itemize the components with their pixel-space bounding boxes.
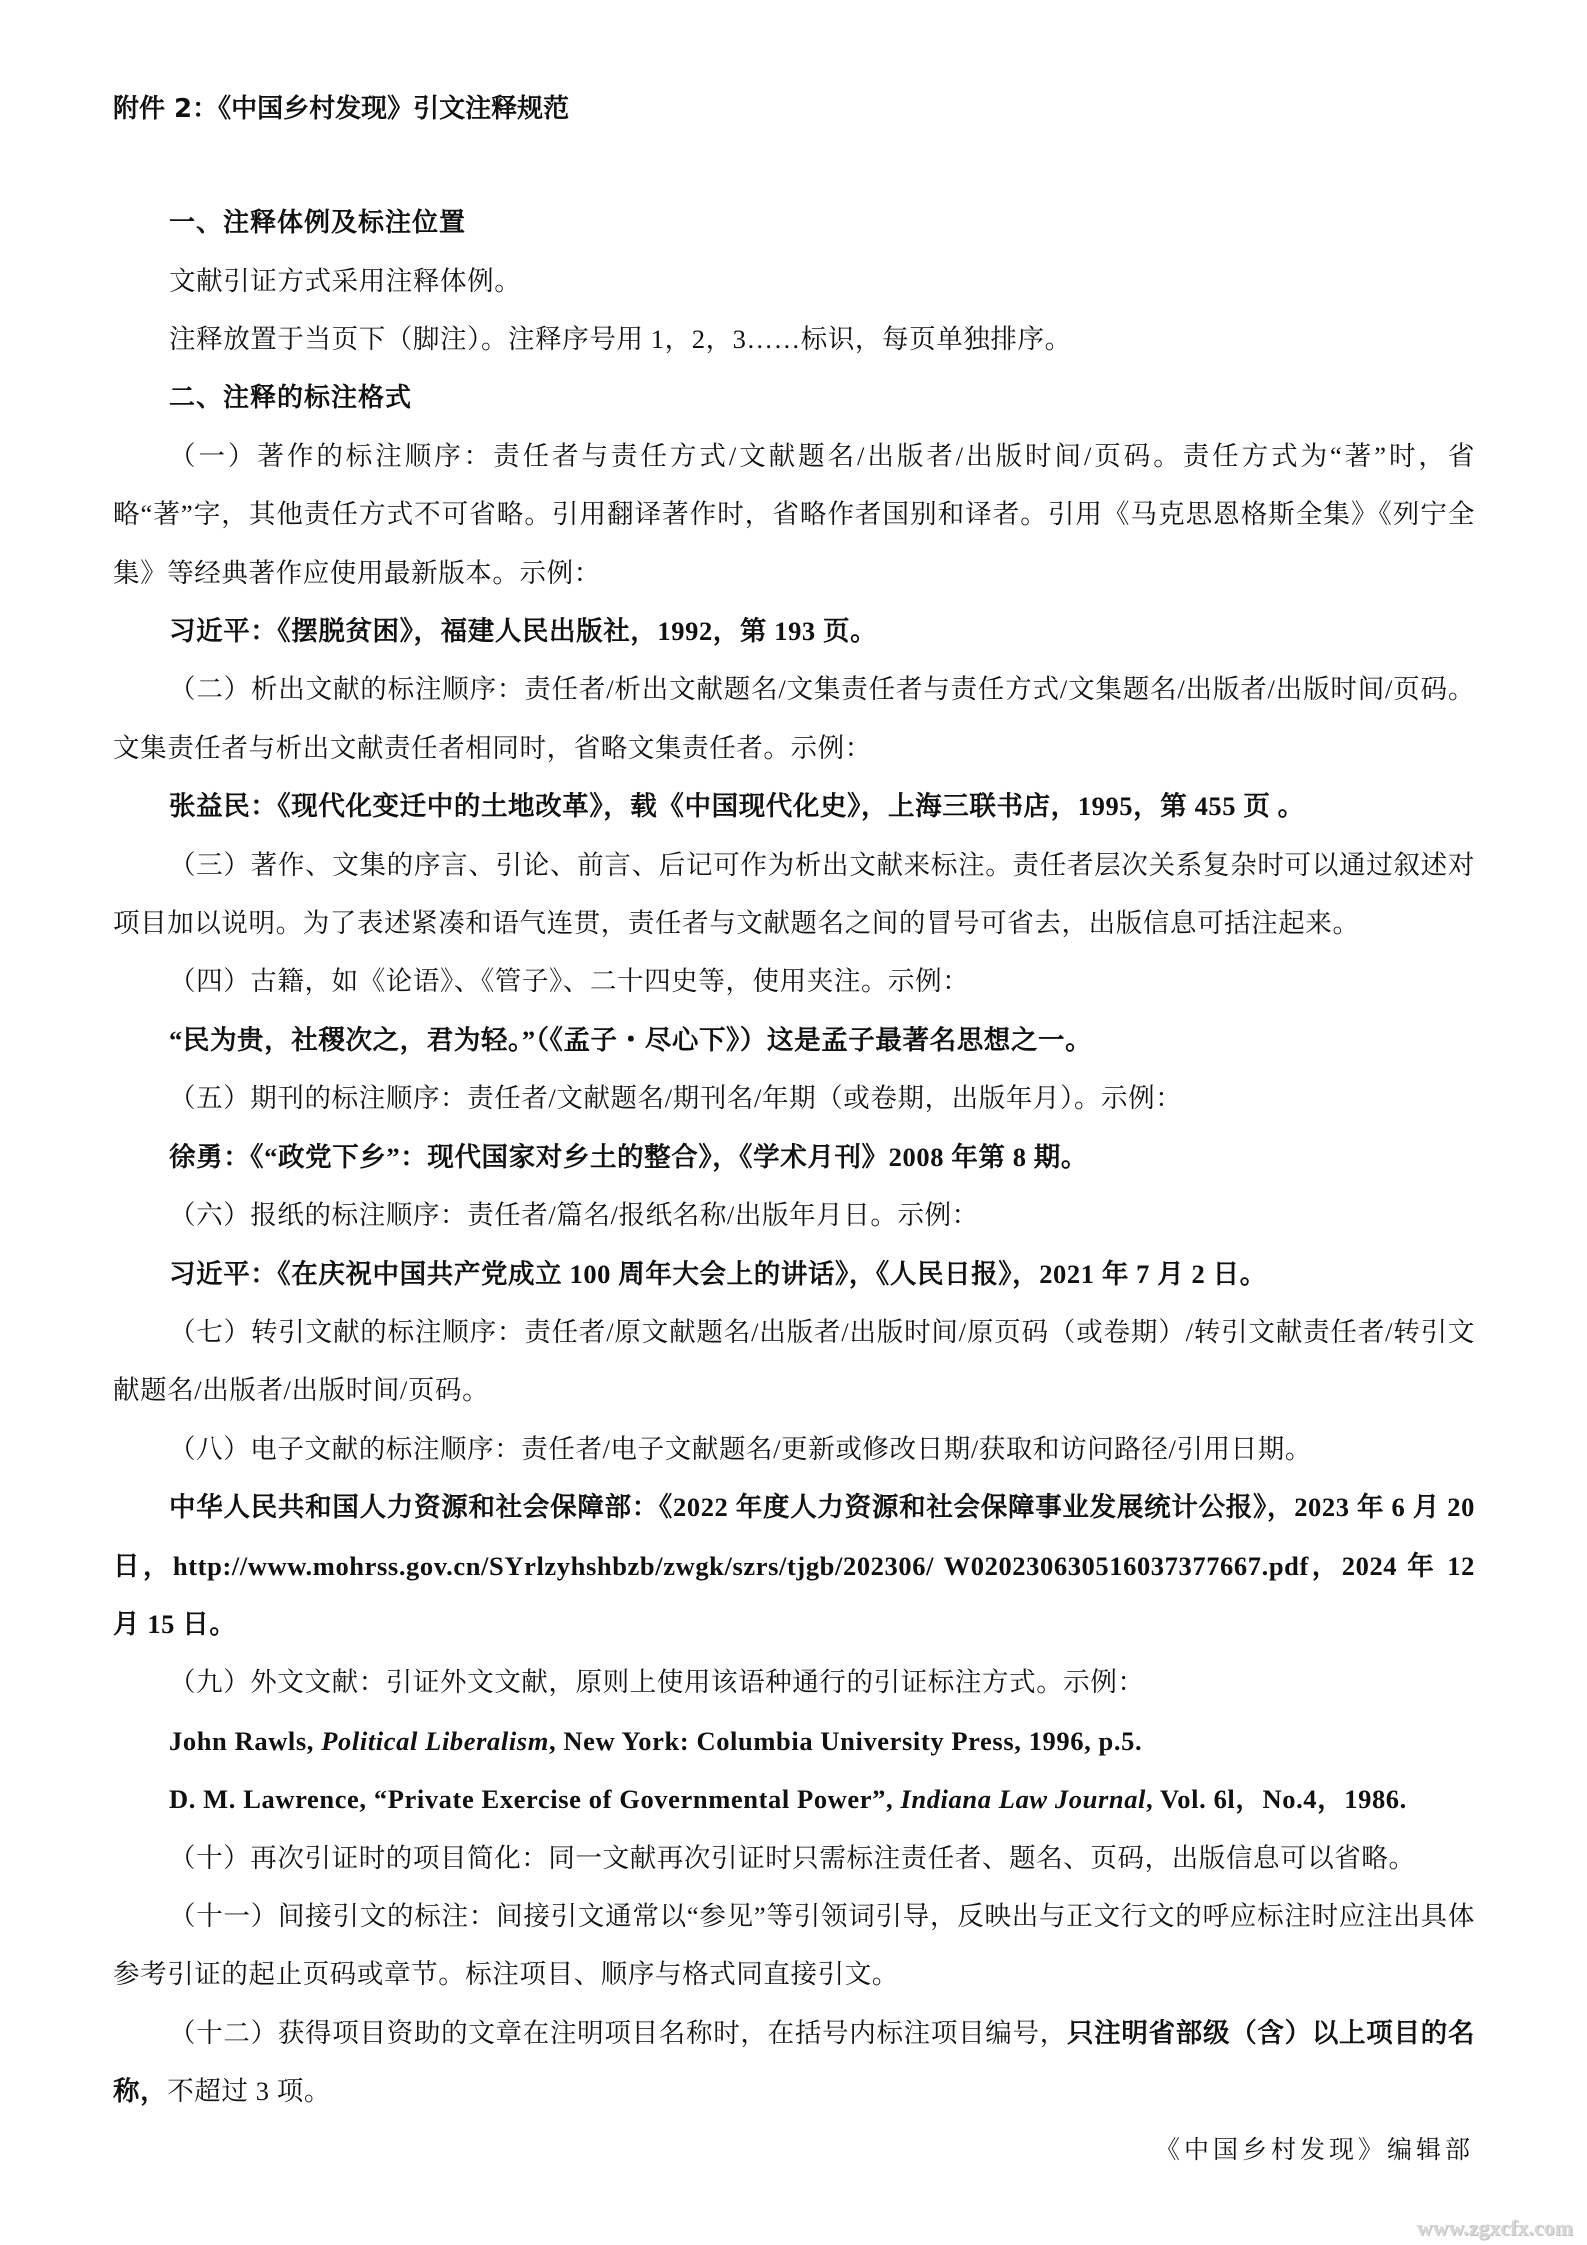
- rule-2-example: 张益民：《现代化变迁中的土地改革》，载《中国现代化史》，上海三联书店，1995，…: [113, 777, 1475, 835]
- rule-9-example-2: D. M. Lawrence, “Private Exercise of Gov…: [113, 1770, 1475, 1828]
- rule-12-tail: 不超过 3 项。: [167, 2076, 331, 2106]
- document-title: 附件 2：《中国乡村发现》引文注释规范: [113, 88, 569, 125]
- rule-3-prefaces: （三）著作、文集的序言、引论、前言、后记可作为析出文献来标注。责任者层次关系复杂…: [113, 836, 1475, 953]
- example-author: John Rawls,: [169, 1726, 321, 1756]
- rule-10-repeat-citation: （十）再次引证时的项目简化：同一文献再次引证时只需标注责任者、题名、页码，出版信…: [113, 1829, 1475, 1887]
- example-book-title: Political Liberalism: [321, 1726, 549, 1756]
- rule-2-analytics: （二）析出文献的标注顺序：责任者/析出文献题名/文集责任者与责任方式/文集题名/…: [113, 660, 1475, 777]
- rule-11-indirect-citation: （十一）间接引文的标注：间接引文通常以“参见”等引领词引导，反映出与正文行文的呼…: [113, 1887, 1475, 2004]
- rule-12-funding: （十二）获得项目资助的文章在注明项目名称时，在括号内标注项目编号，只注明省部级（…: [113, 2004, 1475, 2121]
- example-journal-title: Indiana Law Journal: [900, 1784, 1146, 1814]
- document-body: 一、注释体例及标注位置 文献引证方式采用注释体例。 注释放置于当页下（脚注）。注…: [113, 194, 1475, 2121]
- example-volume: , Vol. 6l，No.4，1986.: [1146, 1784, 1407, 1814]
- watermark: www.zgxcfx.com: [1417, 2215, 1573, 2241]
- rule-5-example: 徐勇：《“政党下乡”：现代国家对乡土的整合》，《学术月刊》2008 年第 8 期…: [113, 1128, 1475, 1186]
- paragraph: 注释放置于当页下（脚注）。注释序号用 1，2，3……标识，每页单独排序。: [113, 310, 1475, 368]
- paragraph: 文献引证方式采用注释体例。: [113, 252, 1475, 310]
- rule-8-electronic: （八）电子文献的标注顺序：责任者/电子文献题名/更新或修改日期/获取和访问路径/…: [113, 1420, 1475, 1478]
- rule-9-example-1: John Rawls, Political Liberalism, New Yo…: [113, 1712, 1475, 1770]
- rule-12-text: （十二）获得项目资助的文章在注明项目名称时，在括号内标注项目编号，: [169, 2018, 1067, 2048]
- rule-9-foreign: （九）外文文献：引证外文文献，原则上使用该语种通行的引证标注方式。示例：: [113, 1653, 1475, 1711]
- section-heading-1: 一、注释体例及标注位置: [113, 194, 1475, 252]
- section-heading-2: 二、注释的标注格式: [113, 369, 1475, 427]
- rule-8-example: 中华人民共和国人力资源和社会保障部：《2022 年度人力资源和社会保障事业发展统…: [113, 1478, 1475, 1653]
- rule-6-example: 习近平：《在庆祝中国共产党成立 100 周年大会上的讲话》，《人民日报》，202…: [113, 1245, 1475, 1303]
- rule-5-journals: （五）期刊的标注顺序：责任者/文献题名/期刊名/年期（或卷期，出版年月）。示例：: [113, 1069, 1475, 1127]
- example-publication: , New York: Columbia University Press, 1…: [549, 1726, 1142, 1756]
- rule-1-books: （一）著作的标注顺序：责任者与责任方式/文献题名/出版者/出版时间/页码。责任方…: [113, 427, 1475, 602]
- rule-6-newspapers: （六）报纸的标注顺序：责任者/篇名/报纸名称/出版年月日。示例：: [113, 1186, 1475, 1244]
- rule-1-example: 习近平：《摆脱贫困》，福建人民出版社，1992，第 193 页。: [113, 602, 1475, 660]
- rule-4-example: “民为贵，社稷次之，君为轻。”（《孟子・尽心下》）这是孟子最著名思想之一。: [113, 1011, 1475, 1069]
- rule-4-classics: （四）古籍，如《论语》、《管子》、二十四史等，使用夹注。示例：: [113, 952, 1475, 1010]
- rule-7-secondary-citation: （七）转引文献的标注顺序：责任者/原文献题名/出版者/出版时间/原页码（或卷期）…: [113, 1303, 1475, 1420]
- example-author-article: D. M. Lawrence, “Private Exercise of Gov…: [169, 1784, 900, 1814]
- signature-editorial-office: 《中国乡村发现》编辑部: [1155, 2130, 1474, 2166]
